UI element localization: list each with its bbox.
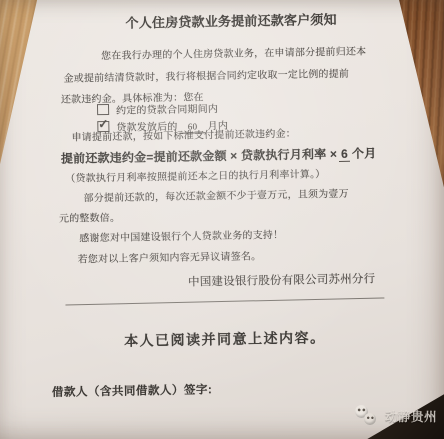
notice-document: 个人住房贷款业务提前还款客户须知 您在我行办理的个人住房贷款业务，在申请部分提前… [0, 0, 444, 439]
tear-line-divider [65, 297, 384, 305]
penalty-formula: 提前还款违约金=提前还款金额 × 贷款执行月利率 ×6个月 [61, 146, 377, 167]
formula-suffix: 个月 [352, 146, 377, 160]
partial-repayment-line-2: 元的整数倍。 [59, 213, 120, 226]
intro-line-1: 您在我行办理的个人住房贷款业务，在申请部分提前归还本 [101, 46, 366, 63]
signature-prompt: 若您对以上客户须知内容无异议请签名。 [78, 251, 262, 266]
check-mark-icon: ✓ [98, 117, 109, 132]
panda-bubble-small-icon [364, 413, 376, 425]
partial-repayment-line-1: 部分提前还款的，每次还款金额不少于壹万元，且须为壹万 [84, 189, 349, 206]
watermark-text: 动静贵州 [385, 407, 437, 425]
formula-prefix: 提前还款违约金=提前还款金额 × 贷款执行月利率 × [61, 147, 337, 166]
photo-of-document: 个人住房贷款业务提前还款客户须知 您在我行办理的个人住房贷款业务，在申请部分提前… [0, 0, 444, 439]
apply-instruction: 申请提前还款，按如下标准支付提前还款违约金： [71, 129, 296, 145]
option-contract-period: 约定的贷款合同期间内 [97, 101, 218, 118]
option-label: 约定的贷款合同期间内 [116, 104, 218, 117]
thanks-line: 感谢您对中国建设银行个人贷款业务的支持！ [79, 230, 283, 246]
checkbox-unchecked-icon [97, 104, 109, 115]
borrower-signature-label: 借款人（含共同借款人）签字: [52, 384, 213, 401]
intro-line-2: 金或提前结清贷款时，我行将根据合同约定收取一定比例的提前 [63, 69, 349, 86]
formula-months-value: 6 [339, 147, 350, 163]
document-title: 个人住房贷款业务提前还款客户须知 [125, 12, 336, 31]
watermark-logo-icon [355, 403, 379, 429]
watermark: 动静贵州 [355, 403, 437, 429]
formula-note: （贷款执行月利率按照提前还本之日的执行月利率计算。） [65, 169, 325, 186]
bank-name: 中国建设银行股份有限公司苏州分行 [188, 273, 375, 290]
agreement-statement: 本人已阅读并同意上述内容。 [124, 329, 326, 349]
checkbox-checked-icon: ✓ [97, 121, 109, 132]
